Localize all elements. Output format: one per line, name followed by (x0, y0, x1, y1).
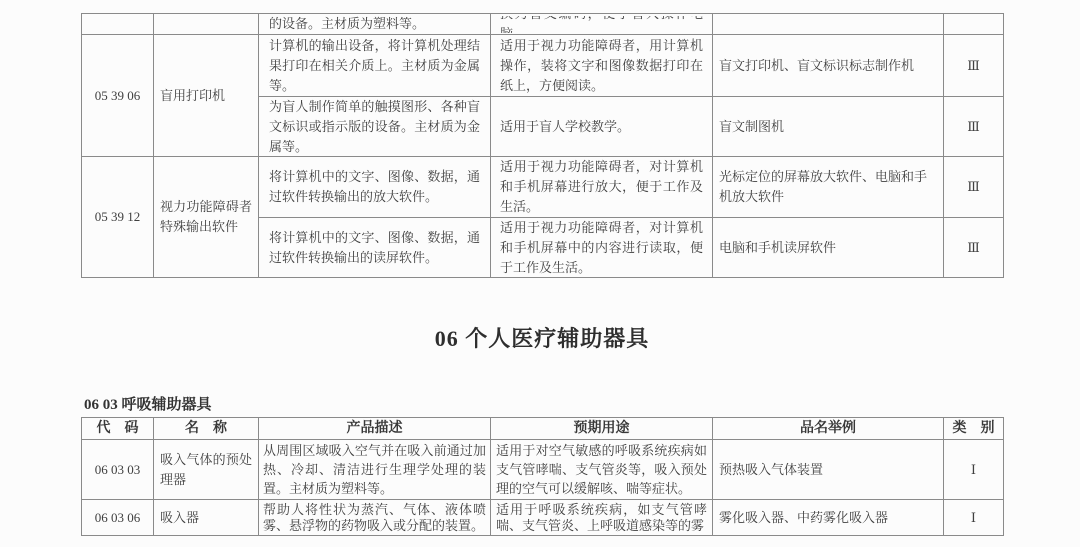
header-name: 名 称 (154, 418, 259, 440)
cell-class-empty (944, 14, 1004, 35)
cell-intended-use: 适用于盲人学校教学。 (491, 97, 713, 157)
section-title: 06 个人医疗辅助器具 (81, 325, 1003, 353)
cell-intended-use: 适用于视力功能障碍者，对计算机和手机屏幕进行放大，便于工作及生活。 (491, 157, 713, 218)
cell-examples: 电脑和手机读屏软件 (713, 218, 944, 278)
intended-use-text: 适用于盲人学校教学。 (500, 117, 703, 137)
cell-product-desc: 将计算机中的文字、图像、数据，通过软件转换输出的放大软件。 (259, 157, 491, 218)
document-page: { "colors": { "background": "#fcfcfc", "… (0, 0, 1080, 547)
cell-code: 05 39 12 (82, 157, 154, 278)
product-desc-text: 计算机的输出设备，将计算机处理结果打印在相关介质上。主材质为金属等。 (269, 37, 480, 95)
cell-examples: 盲文制图机 (713, 97, 944, 157)
cell-intended-use: 适用于呼吸系统疾病，如支气管哮喘、支气管炎、上呼吸道感染等的雾 (491, 500, 713, 536)
intended-use-text: 适用于视力功能障碍者，对计算机和手机屏幕中的内容进行读取，便于工作及生活。 (500, 219, 703, 276)
cell-product-desc: 计算机的输出设备，将计算机处理结果打印在相关介质上。主材质为金属等。 (259, 35, 491, 97)
classification-table-05-39: 的设备。主材质为塑料等。 换为盲文编码，便于盲人操作电脑。 05 39 06 盲… (81, 13, 1004, 278)
intended-use-text: 适用于视力功能障碍者，对计算机和手机屏幕进行放大，便于工作及生活。 (500, 158, 703, 216)
cell-name: 吸入器 (154, 500, 259, 536)
cell-examples: 盲文打印机、盲文标识标志制作机 (713, 35, 944, 97)
cell-class: Ⅲ (944, 35, 1004, 97)
table-row: 06 03 03 吸入气体的预处理器 从周围区域吸入空气并在吸入前通过加热、冷却… (82, 440, 1004, 500)
header-intended-use: 预期用途 (491, 418, 713, 440)
product-desc-text: 的设备。主材质为塑料等。 (269, 16, 480, 33)
table-row-continuation: 的设备。主材质为塑料等。 换为盲文编码，便于盲人操作电脑。 (82, 14, 1004, 35)
product-desc-text: 将计算机中的文字、图像、数据，通过软件转换输出的读屏软件。 (269, 228, 480, 268)
cell-product-desc: 帮助人将性状为蒸汽、气体、液体喷雾、悬浮物的药物吸入或分配的装置。 (259, 500, 491, 536)
product-desc-text: 帮助人将性状为蒸汽、气体、液体喷雾、悬浮物的药物吸入或分配的装置。 (263, 502, 486, 534)
cell-code: 06 03 03 (82, 440, 154, 500)
product-desc-text: 从周围区域吸入空气并在吸入前通过加热、冷却、清洁进行生理学处理的装置。主材质为塑… (263, 441, 486, 498)
cell-code: 06 03 06 (82, 500, 154, 536)
cell-intended-use: 适用于视力功能障碍者，用计算机操作，装将文字和图像数据打印在纸上，方便阅读。 (491, 35, 713, 97)
table-header-row: 代 码 名 称 产品描述 预期用途 品名举例 类 别 (82, 418, 1004, 440)
cell-class: Ⅲ (944, 97, 1004, 157)
cell-code-empty (82, 14, 154, 35)
cell-name-empty (154, 14, 259, 35)
intended-use-text: 适用于视力功能障碍者，用计算机操作，装将文字和图像数据打印在纸上，方便阅读。 (500, 37, 703, 95)
cell-product-desc: 从周围区域吸入空气并在吸入前通过加热、冷却、清洁进行生理学处理的装置。主材质为塑… (259, 440, 491, 500)
table-row: 06 03 06 吸入器 帮助人将性状为蒸汽、气体、液体喷雾、悬浮物的药物吸入或… (82, 500, 1004, 536)
cell-class: Ⅰ (944, 440, 1004, 500)
cell-intended-use: 适用于对空气敏感的呼吸系统疾病如支气管哮喘、支气管炎等，吸入预处理的空气可以缓解… (491, 440, 713, 500)
intended-use-text: 适用于对空气敏感的呼吸系统疾病如支气管哮喘、支气管炎等，吸入预处理的空气可以缓解… (496, 441, 707, 498)
product-desc-text: 将计算机中的文字、图像、数据，通过软件转换输出的放大软件。 (269, 167, 480, 207)
cell-examples: 光标定位的屏幕放大软件、电脑和手机放大软件 (713, 157, 944, 218)
cell-class: Ⅲ (944, 218, 1004, 278)
cell-product-desc: 将计算机中的文字、图像、数据，通过软件转换输出的读屏软件。 (259, 218, 491, 278)
cell-name: 盲用打印机 (154, 35, 259, 157)
cell-name: 视力功能障碍者特殊输出软件 (154, 157, 259, 278)
intended-use-text: 适用于呼吸系统疾病，如支气管哮喘、支气管炎、上呼吸道感染等的雾 (496, 502, 707, 534)
product-desc-text: 为盲人制作简单的触摸图形、各种盲文标识或指示版的设备。主材质为金属等。 (269, 98, 480, 155)
table-row: 05 39 06 盲用打印机 计算机的输出设备，将计算机处理结果打印在相关介质上… (82, 35, 1004, 97)
intended-use-text: 换为盲文编码，便于盲人操作电脑。 (500, 16, 703, 33)
cell-examples: 预热吸入气体装置 (713, 440, 944, 500)
cell-class: Ⅰ (944, 500, 1004, 536)
table-row: 05 39 12 视力功能障碍者特殊输出软件 将计算机中的文字、图像、数据，通过… (82, 157, 1004, 218)
subsection-title: 06 03 呼吸辅助器具 (84, 396, 212, 414)
header-examples: 品名举例 (713, 418, 944, 440)
cell-intended-use: 适用于视力功能障碍者，对计算机和手机屏幕中的内容进行读取，便于工作及生活。 (491, 218, 713, 278)
cell-intended-use: 换为盲文编码，便于盲人操作电脑。 (491, 14, 713, 35)
header-product-desc: 产品描述 (259, 418, 491, 440)
cell-name: 吸入气体的预处理器 (154, 440, 259, 500)
classification-table-06-03: 代 码 名 称 产品描述 预期用途 品名举例 类 别 06 03 03 吸入气体… (81, 417, 1004, 536)
cell-examples: 雾化吸入器、中药雾化吸入器 (713, 500, 944, 536)
cell-product-desc: 的设备。主材质为塑料等。 (259, 14, 491, 35)
header-code: 代 码 (82, 418, 154, 440)
cell-examples-empty (713, 14, 944, 35)
cell-code: 05 39 06 (82, 35, 154, 157)
header-class: 类 别 (944, 418, 1004, 440)
cell-product-desc: 为盲人制作简单的触摸图形、各种盲文标识或指示版的设备。主材质为金属等。 (259, 97, 491, 157)
cell-class: Ⅲ (944, 157, 1004, 218)
